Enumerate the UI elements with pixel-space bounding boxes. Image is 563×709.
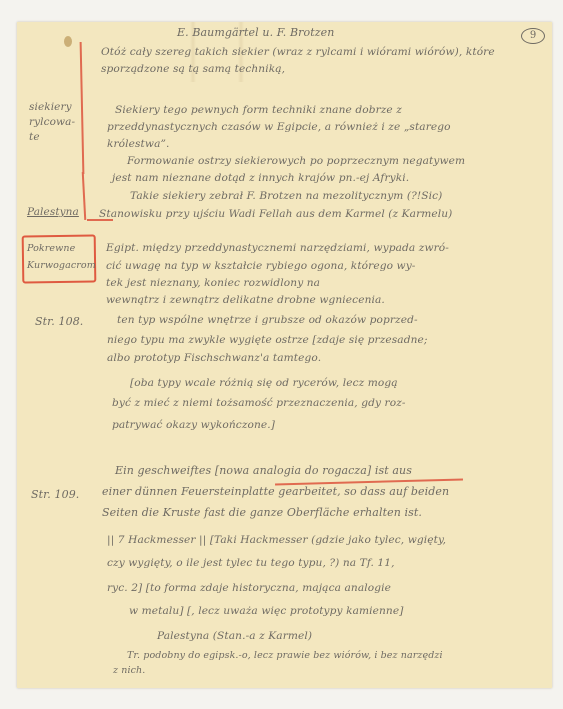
margin-note: Str. 109. xyxy=(31,488,79,501)
text-line: Egipt. między przeddynastycznemi narzędz… xyxy=(106,242,449,254)
text-line: przeddynastycznych czasów w Egipcie, a r… xyxy=(107,121,451,133)
margin-note: Str. 108. xyxy=(35,315,83,328)
red-margin-line xyxy=(80,42,85,174)
manuscript-page: E. Baumgärtel u. F. Brotzen 9 siekiery r… xyxy=(17,22,552,688)
text-line: Tr. podobny do egipsk.-o, lecz prawie be… xyxy=(127,650,443,661)
text-line: ryc. 2] [to forma zdaje historyczna, maj… xyxy=(107,582,391,594)
text-line: Takie siekiery zebrał F. Brotzen na mezo… xyxy=(130,190,442,202)
text-line: czy wygięty, o ile jest tylec tu tego ty… xyxy=(107,557,395,569)
text-line: [oba typy wcale różnią się od rycerów, l… xyxy=(130,377,398,389)
page-header: E. Baumgärtel u. F. Brotzen xyxy=(177,26,334,39)
page-number: 9 xyxy=(521,28,545,44)
text-line: ten typ wspólne wnętrze i grubsze od oka… xyxy=(117,314,418,326)
text-line: jest nam nieznane dotąd z innych krajów … xyxy=(112,172,409,184)
text-line: einer dünnen Feuersteinplatte gearbeitet… xyxy=(102,485,449,498)
text-line: w metalu] [, lecz uważa więc prototypy k… xyxy=(129,605,403,617)
text-line: niego typu ma zwykle wygięte ostrze [zda… xyxy=(107,334,428,346)
text-line: cić uwagę na typ w kształcie rybiego ogo… xyxy=(106,260,415,272)
text-line: Stanowisku przy ujściu Wadi Fellah aus d… xyxy=(99,208,452,220)
text-line: albo prototyp Fischschwanz'a tamtego. xyxy=(107,352,321,364)
text-line: Otóż cały szereg takich siekier (wraz z … xyxy=(101,44,541,78)
stain-mark xyxy=(64,36,72,47)
text-line: Formowanie ostrzy siekierowych po poprze… xyxy=(127,155,465,167)
text-line: || 7 Hackmesser || [Taki Hackmesser (gdz… xyxy=(107,534,446,546)
text-line: królestwa”. xyxy=(107,138,169,150)
text-line: być z mieć z niemi tożsamość przeznaczen… xyxy=(112,397,406,409)
text-line: Palestyna (Stan.-a z Karmel) xyxy=(157,630,312,642)
text-line: Ein geschweiftes [nowa analogia do rogac… xyxy=(115,464,412,477)
margin-note-boxed: Pokrewne Kurwogacrom xyxy=(27,240,89,274)
margin-note: Palestyna xyxy=(27,206,79,218)
red-margin-line xyxy=(82,172,87,220)
text-line: z nich. xyxy=(113,665,145,676)
text-line: tek jest nieznany, koniec rozwidlony na xyxy=(106,277,320,289)
text-line: wewnątrz i zewnątrz delikatne drobne wgn… xyxy=(106,294,385,306)
text-line: patrywać okazy wykończone.] xyxy=(112,419,275,431)
text-line: Siekiery tego pewnych form techniki znan… xyxy=(115,104,402,116)
margin-note: siekiery rylcowa-te xyxy=(29,100,77,145)
text-line: Seiten die Kruste fast die ganze Oberflä… xyxy=(102,506,422,519)
